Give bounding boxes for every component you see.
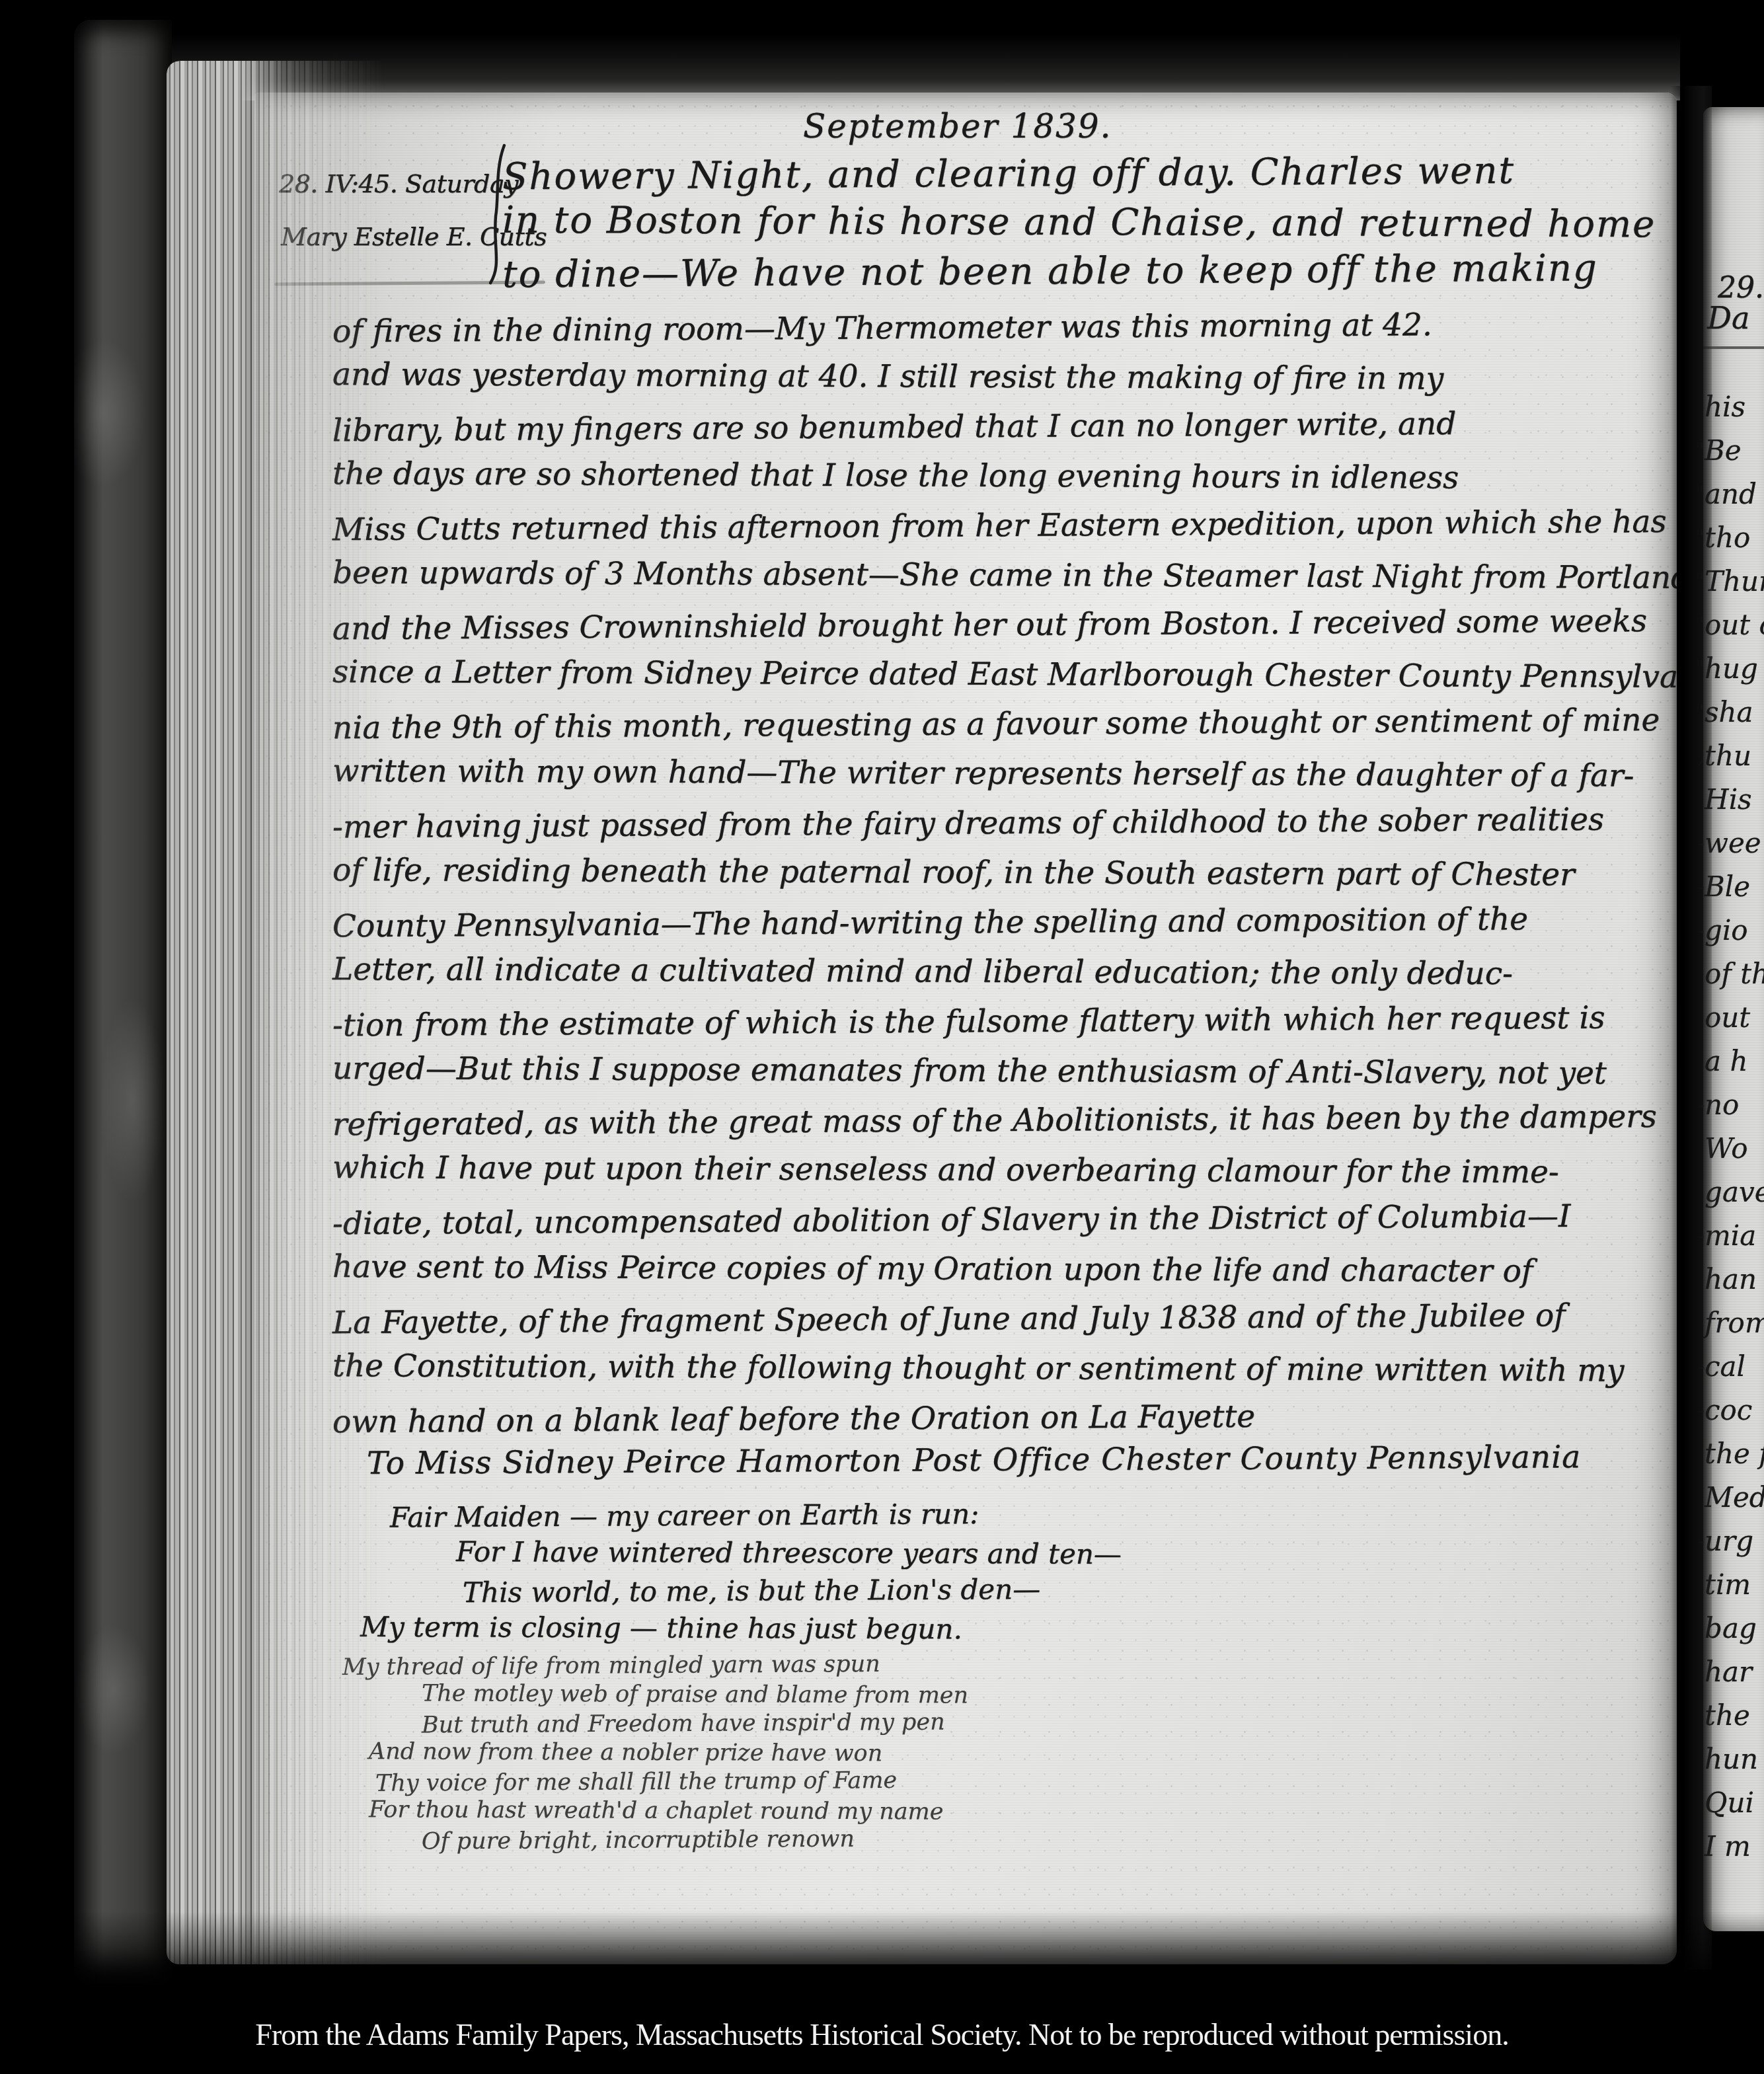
- fragment-row-8: "sha: [1710, 690, 1764, 734]
- poem-line-4: My term is closing — thine has just begu…: [360, 1608, 1122, 1648]
- body-line-6: been upwards of 3 Months absent—She came…: [332, 548, 1677, 603]
- next-page-fragments: his"Be"and"tho"Thur"out o"hug"sha,thuHis…: [1710, 385, 1764, 1868]
- fragment-row-14: of th: [1710, 952, 1764, 995]
- fragment-text: wee: [1705, 827, 1761, 859]
- poem-line-4: And now from thee a nobler prize have wo…: [369, 1737, 968, 1768]
- fragment-row-11: -wee: [1710, 821, 1764, 864]
- body-line-15: -tion from the estimate of which is the …: [332, 993, 1677, 1051]
- fragment-row-4: "tho: [1710, 516, 1764, 559]
- body-line-11: -mer having just passed from the fairy d…: [332, 794, 1677, 853]
- fragment-row-30: har: [1710, 1650, 1764, 1693]
- book-gutter-shadow: [1671, 86, 1712, 1970]
- poem-line-1: Fair Maiden — my career on Earth is run:: [390, 1494, 1122, 1537]
- archive-caption: From the Adams Family Papers, Massachuse…: [0, 2017, 1764, 2052]
- fragment-row-5: "Thur: [1710, 559, 1764, 603]
- body-line-22: the Constitution, with the following tho…: [332, 1341, 1677, 1396]
- intro-line-1: Showery Night, and clearing off day. Cha…: [502, 146, 1656, 202]
- body-line-18: which I have put upon their senseless an…: [332, 1143, 1677, 1198]
- fragment-row-31: the: [1710, 1693, 1764, 1737]
- fragment-row-32: hun: [1710, 1737, 1764, 1781]
- fragment-row-25: the f: [1710, 1432, 1764, 1475]
- fragment-text: sha: [1705, 696, 1753, 728]
- body-line-20: have sent to Miss Peirce copies of my Or…: [332, 1242, 1677, 1297]
- intro-line-2: in to Boston for his horse and Chaise, a…: [502, 196, 1656, 250]
- diary-left-page: September 1839. 28. IV:45. Saturday Mary…: [254, 93, 1677, 1964]
- fragment-text: out o: [1705, 609, 1764, 641]
- fragment-row-28: tim: [1710, 1562, 1764, 1606]
- poem-line-1: My thread of life from mingled yarn was …: [342, 1649, 968, 1682]
- intro-line-3: to dine—We have not been able to keep of…: [502, 244, 1656, 300]
- body-line-5: Miss Cutts returned this afternoon from …: [332, 497, 1677, 555]
- fragment-text: of th: [1705, 958, 1764, 990]
- fragment-row-3: "and: [1710, 472, 1764, 516]
- fragment-text: han: [1705, 1263, 1757, 1295]
- fragment-row-13: -gio: [1710, 908, 1764, 952]
- fragment-row-12: -Ble: [1710, 864, 1764, 908]
- fragment-text: mia: [1705, 1219, 1756, 1252]
- poem-line-3: This world, to me, is but the Lion's den…: [463, 1570, 1122, 1611]
- fragment-row-10: His: [1710, 777, 1764, 821]
- fragment-text: bag: [1705, 1612, 1757, 1644]
- body-line-16: urged—But this I suppose emanates from t…: [332, 1044, 1677, 1098]
- poem-line-6: For thou hast wreath'd a chaplet round m…: [369, 1795, 968, 1826]
- next-entry-day-partial: Da: [1707, 300, 1749, 336]
- entry-date: 28. IV:45. Saturday: [279, 169, 518, 198]
- body-line-21: La Fayette, of the fragment Speech of Ju…: [332, 1290, 1677, 1348]
- body-line-14: Letter, all indicate a cultivated mind a…: [332, 944, 1677, 999]
- body-line-3: library, but my fingers are so benumbed …: [332, 398, 1677, 456]
- book-top-edge: [165, 34, 1680, 100]
- next-entry-rule: [1703, 346, 1764, 349]
- fragment-row-20: -mia: [1710, 1213, 1764, 1257]
- body-line-12: of life, residing beneath the paternal r…: [332, 845, 1677, 900]
- diary-right-page-partial: 29. Da his"Be"and"tho"Thur"out o"hug"sha…: [1703, 107, 1764, 1931]
- poem-line-2: The motley web of praise and blame from …: [422, 1679, 968, 1710]
- book-cover-edge: [74, 20, 172, 1984]
- fragment-row-22: from: [1710, 1301, 1764, 1344]
- fragment-text: Thur: [1705, 565, 1764, 597]
- entry-body-lines: of fires in the dining room—My Thermomet…: [332, 303, 1677, 1443]
- manuscript-scan: September 1839. 28. IV:45. Saturday Mary…: [0, 0, 1764, 2074]
- body-line-7: and the Misses Crowninshield brought her…: [332, 596, 1677, 654]
- fragment-row-23: -cal: [1710, 1344, 1764, 1388]
- fragment-row-21: han: [1710, 1257, 1764, 1301]
- body-line-13: County Pennsylvania—The hand-writing the…: [332, 894, 1677, 952]
- fragment-row-17: -no: [1710, 1083, 1764, 1126]
- body-line-19: -diate, total, uncompensated abolition o…: [332, 1191, 1677, 1249]
- fragment-row-29: bag: [1710, 1606, 1764, 1650]
- fragment-text: hug: [1705, 652, 1758, 685]
- fragment-text: gave: [1705, 1176, 1764, 1208]
- fragment-row-33: Qui: [1710, 1781, 1764, 1824]
- poem-line-3: But truth and Freedom have inspir'd my p…: [422, 1707, 968, 1740]
- poem-first-stanza: Fair Maiden — my career on Earth is run:…: [360, 1496, 1122, 1647]
- fragment-row-26: Med: [1710, 1475, 1764, 1519]
- address-line: To Miss Sidney Peirce Hamorton Post Offi…: [367, 1439, 1581, 1482]
- fragment-row-7: "hug: [1710, 646, 1764, 690]
- body-line-23: own hand on a blank leaf before the Orat…: [332, 1389, 1677, 1447]
- body-line-10: written with my own hand—The writer repr…: [332, 746, 1677, 801]
- fragment-row-19: gave: [1710, 1170, 1764, 1213]
- fragment-text: the f: [1705, 1438, 1764, 1470]
- poem-line-5: Thy voice for me shall fill the trump of…: [375, 1765, 968, 1798]
- fragment-text: and: [1705, 478, 1757, 510]
- poem-line-7: Of pure bright, incorruptible renown: [422, 1824, 968, 1856]
- poem-line-2: For I have wintered threescore years and…: [456, 1533, 1122, 1573]
- fragment-row-18: Wo: [1710, 1126, 1764, 1170]
- fragment-row-34: I m: [1710, 1824, 1764, 1868]
- fragment-text: hun: [1705, 1743, 1758, 1775]
- body-line-2: and was yesterday morning at 40. I still…: [332, 350, 1677, 404]
- fragment-text: from: [1705, 1307, 1764, 1339]
- fragment-row-1: his: [1710, 385, 1764, 428]
- fragment-text: Med: [1705, 1481, 1764, 1514]
- fragment-row-16: a h: [1710, 1039, 1764, 1083]
- fragment-row-15: out: [1710, 995, 1764, 1039]
- fragment-row-6: "out o: [1710, 603, 1764, 646]
- body-line-4: the days are so shortened that I lose th…: [332, 449, 1677, 504]
- fragment-text: Qui: [1705, 1786, 1754, 1819]
- fragment-row-9: ,thu: [1710, 734, 1764, 777]
- body-line-17: refrigerated, as with the great mass of …: [332, 1092, 1677, 1150]
- fragment-row-2: "Be: [1710, 428, 1764, 472]
- fragment-row-24: -coc: [1710, 1388, 1764, 1432]
- poem-second-stanza: My thread of life from mingled yarn was …: [332, 1651, 968, 1855]
- body-line-1: of fires in the dining room—My Thermomet…: [332, 299, 1677, 357]
- fragment-text: urg: [1705, 1525, 1753, 1557]
- body-line-8: since a Letter from Sidney Peirce dated …: [332, 647, 1677, 702]
- body-line-9: nia the 9th of this month, requesting as…: [332, 695, 1677, 753]
- entry-intro-lines: Showery Night, and clearing off day. Cha…: [502, 149, 1656, 296]
- fragment-row-27: -urg: [1710, 1519, 1764, 1562]
- month-header: September 1839.: [803, 107, 1112, 145]
